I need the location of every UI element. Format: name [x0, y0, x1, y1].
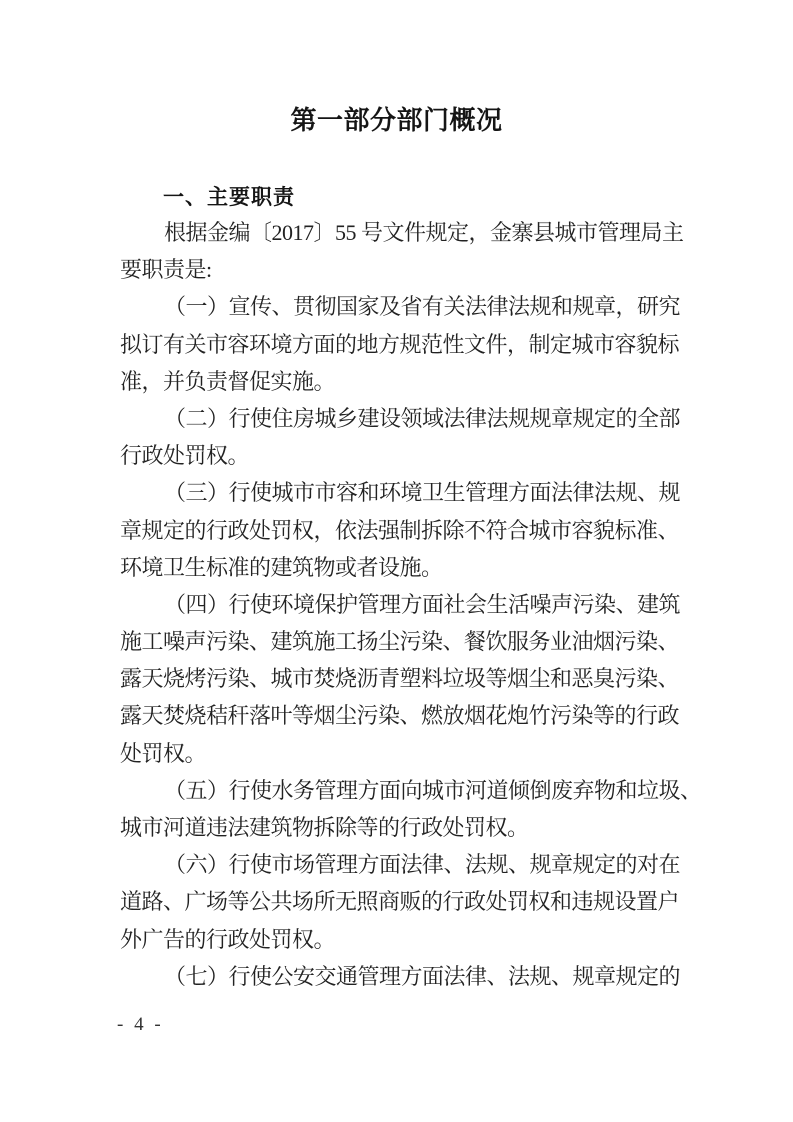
body-text: 根据金编〔2017〕55 号文件规定，金寨县城市管理局主要职责是:（一）宣传、贯… [120, 214, 682, 995]
document-title: 第一部分部门概况 [0, 100, 793, 137]
body-line: （二）行使住房城乡建设领域法律法规规章规定的全部 [120, 400, 682, 437]
body-line: 道路、广场等公共场所无照商贩的行政处罚权和违规设置户 [120, 883, 682, 920]
body-line: 准，并负责督促实施。 [120, 363, 682, 400]
body-line: （一）宣传、贯彻国家及省有关法律法规和规章，研究 [120, 288, 682, 325]
body-line: 处罚权。 [120, 735, 682, 772]
body-line: （六）行使市场管理方面法律、法规、规章规定的对在 [120, 846, 682, 883]
body-line: 城市河道违法建筑物拆除等的行政处罚权。 [120, 809, 682, 846]
body-line: 环境卫生标准的建筑物或者设施。 [120, 549, 682, 586]
page-number: - 4 - [117, 1014, 164, 1036]
body-line: 露天焚烧秸秆落叶等烟尘污染、燃放烟花炮竹污染等的行政 [120, 697, 682, 734]
section-heading-main-duties: 一、主要职责 [163, 181, 295, 211]
document-page: 第一部分部门概况 一、主要职责 根据金编〔2017〕55 号文件规定，金寨县城市… [0, 0, 793, 1122]
body-line: （五）行使水务管理方面向城市河道倾倒废弃物和垃圾、 [120, 772, 682, 809]
body-line: 露天烧烤污染、城市焚烧沥青塑料垃圾等烟尘和恶臭污染、 [120, 660, 682, 697]
body-line: 外广告的行政处罚权。 [120, 921, 682, 958]
body-line: （七）行使公安交通管理方面法律、法规、规章规定的 [120, 958, 682, 995]
body-line: 根据金编〔2017〕55 号文件规定，金寨县城市管理局主 [120, 214, 682, 251]
body-line: 拟订有关市容环境方面的地方规范性文件，制定城市容貌标 [120, 326, 682, 363]
body-line: （四）行使环境保护管理方面社会生活噪声污染、建筑 [120, 586, 682, 623]
body-line: 行政处罚权。 [120, 437, 682, 474]
body-line: 要职责是: [120, 251, 682, 288]
body-line: 施工噪声污染、建筑施工扬尘污染、餐饮服务业油烟污染、 [120, 623, 682, 660]
body-line: 章规定的行政处罚权，依法强制拆除不符合城市容貌标准、 [120, 512, 682, 549]
body-line: （三）行使城市市容和环境卫生管理方面法律法规、规 [120, 474, 682, 511]
